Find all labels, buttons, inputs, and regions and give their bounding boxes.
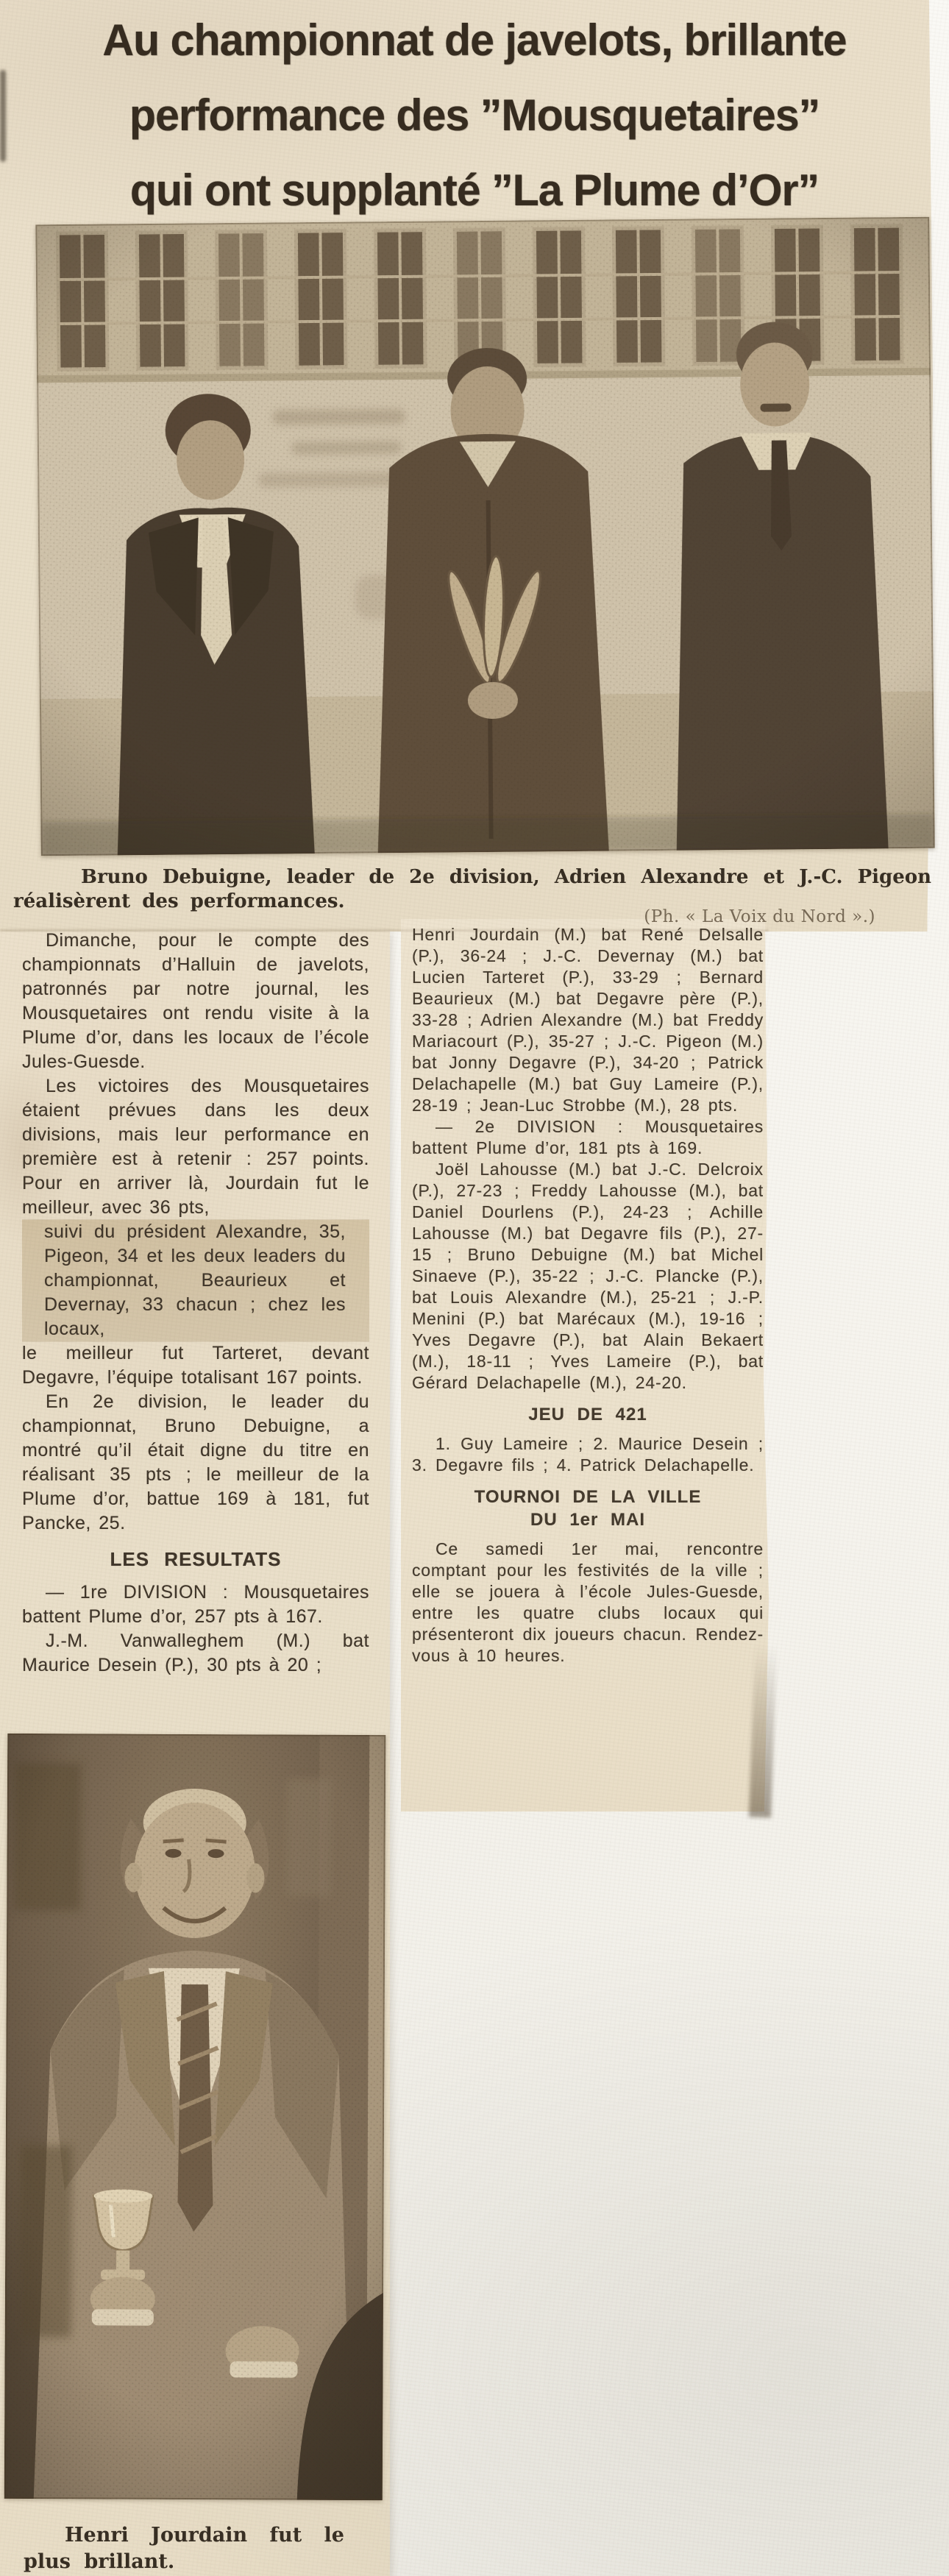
tournoi-heading-line-1: TOURNOI DE LA VILLE xyxy=(412,1486,764,1508)
article-right-column: Henri Jourdain (M.) bat René Delsalle (P… xyxy=(412,924,764,1667)
headline-line-2: performance des ”Mousquetaires” xyxy=(27,78,921,153)
left-paragraph-2c: le meilleur fut Tarteret, devant Degavre… xyxy=(22,1341,369,1390)
tournoi-heading: TOURNOI DE LA VILLE DU 1er MAI xyxy=(412,1486,764,1531)
left-paragraph-1: Dimanche, pour le compte des championnat… xyxy=(22,929,369,1074)
tournoi-heading-line-2: DU 1er MAI xyxy=(412,1508,764,1531)
scan-edge-mark xyxy=(0,70,6,162)
right-paragraph-1-results-div1: Henri Jourdain (M.) bat René Delsalle (P… xyxy=(412,924,764,1116)
bottom-photo-henri-jourdain xyxy=(4,1734,386,2500)
bottom-photo-caption-text: Henri Jourdain fut le plus brillant. xyxy=(24,2522,344,2575)
newspaper-scan-page: Au championnat de javelots, brillante pe… xyxy=(0,0,949,2576)
results-heading: LES RESULTATS xyxy=(22,1547,369,1572)
right-paragraph-3-results-div2: Joël Lahousse (M.) bat J.-C. Delcroix (P… xyxy=(412,1159,764,1394)
vignette-overlay xyxy=(4,1734,386,2500)
headline-line-1: Au championnat de javelots, brillante xyxy=(27,3,921,78)
bottom-photo-caption: Henri Jourdain fut le plus brillant. xyxy=(24,2522,344,2575)
jeu-421-heading: JEU DE 421 xyxy=(412,1403,764,1426)
right-paragraph-5-tournoi: Ce samedi 1er mai, rencontre comptant po… xyxy=(412,1539,764,1667)
left-paragraph-2b-highlighted: suivi du président Alexandre, 35, Pigeon… xyxy=(22,1220,369,1341)
right-paragraph-4-ranking: 1. Guy Lameire ; 2. Maurice Desein ; 3. … xyxy=(412,1433,764,1476)
top-photo-three-players xyxy=(35,217,934,856)
left-paragraph-2a: Les victoires des Mousquetaires étaient … xyxy=(22,1074,369,1220)
left-paragraph-5: J.-M. Vanwalleghem (M.) bat Maurice Dese… xyxy=(22,1629,369,1678)
headline-line-3: qui ont supplanté ”La Plume d’Or” xyxy=(27,153,921,228)
left-paragraph-3: En 2e division, le leader du championnat… xyxy=(22,1390,369,1536)
article-left-column: Dimanche, pour le compte des championnat… xyxy=(22,929,369,1678)
left-paragraph-4-division1: — 1re DIVISION : Mousquetaires battent P… xyxy=(22,1580,369,1629)
vignette-overlay xyxy=(35,217,934,856)
article-headline: Au championnat de javelots, brillante pe… xyxy=(21,3,928,228)
right-paragraph-2-division2: — 2e DIVISION : Mousquetaires battent Pl… xyxy=(412,1116,764,1159)
